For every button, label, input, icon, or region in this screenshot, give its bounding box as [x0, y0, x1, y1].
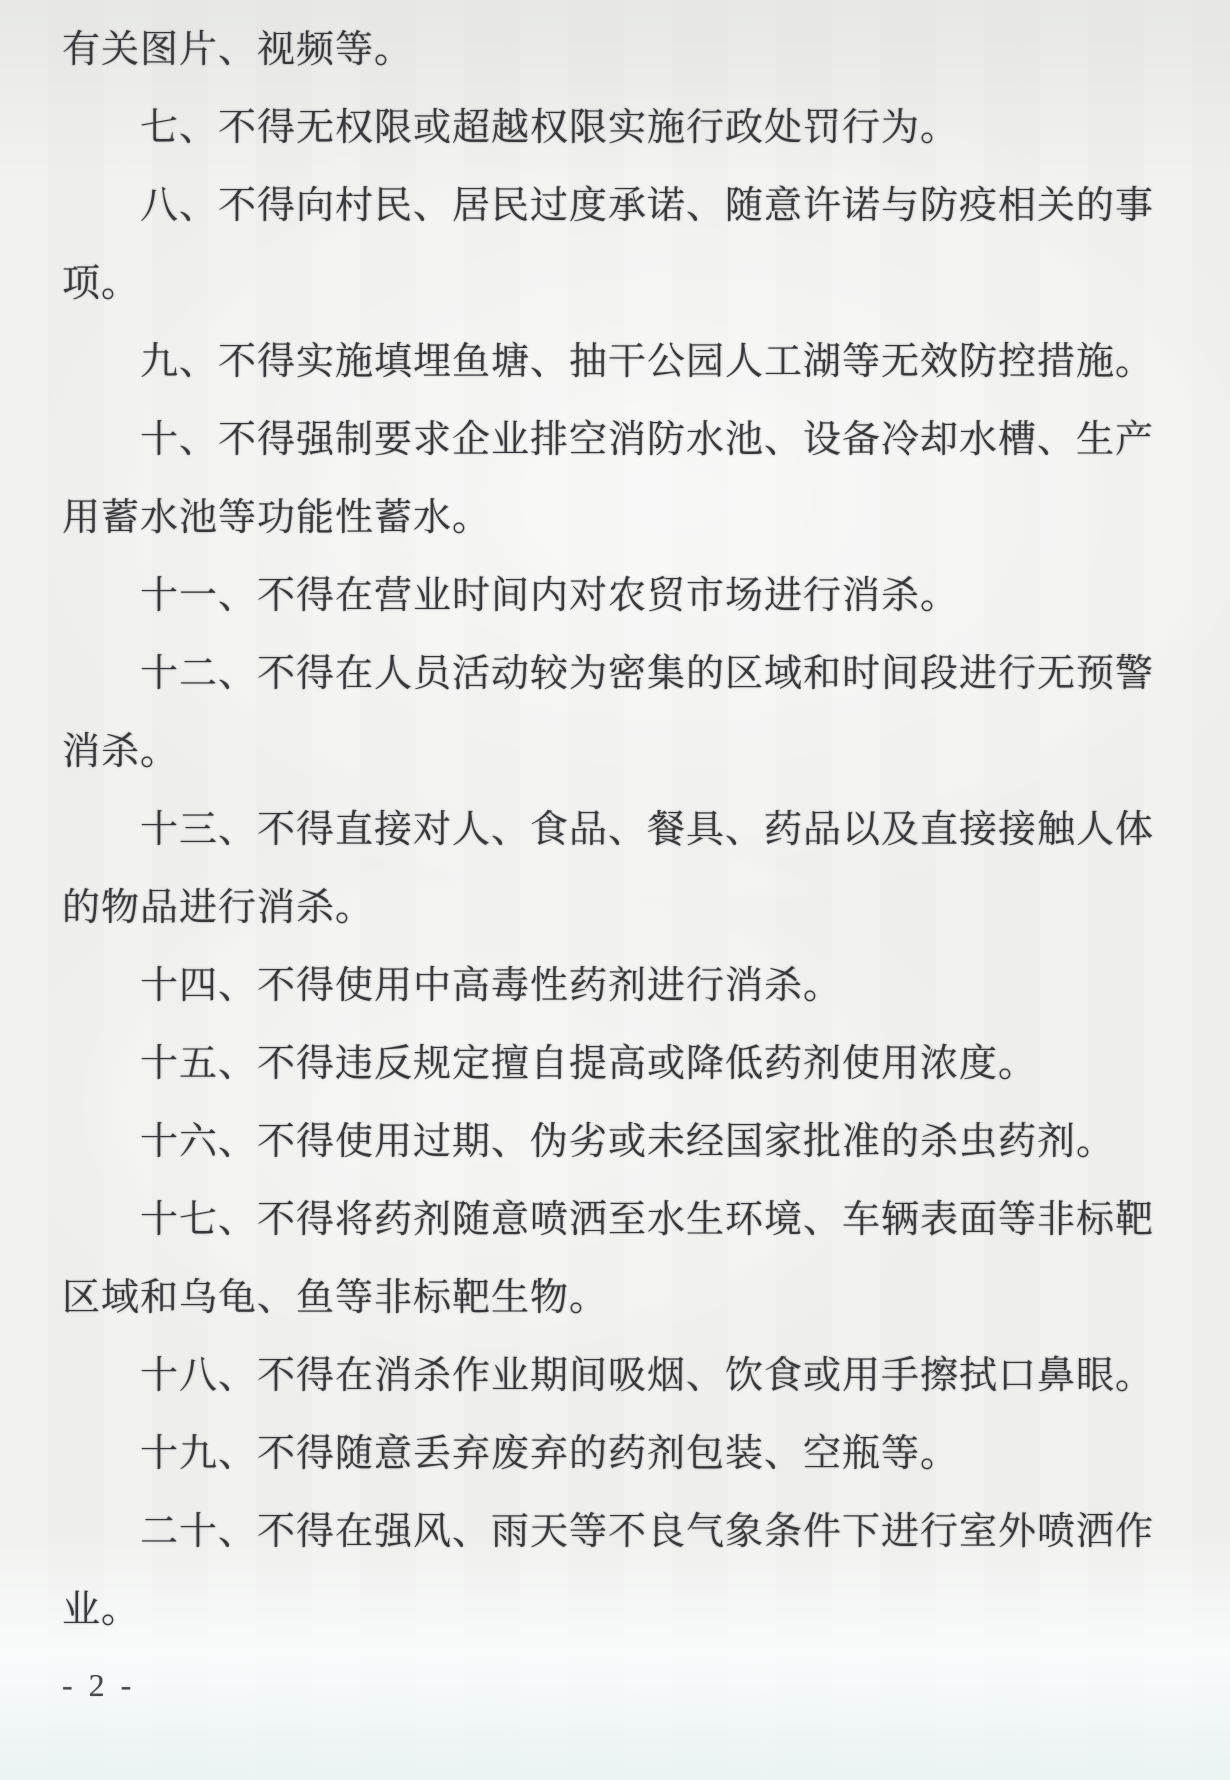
document-line: 十六、不得使用过期、伪劣或未经国家批准的杀虫药剂。	[62, 1103, 1140, 1181]
page-number: - 2 -	[62, 1663, 1140, 1707]
document-line: 十、不得强制要求企业排空消防水池、设备冷却水槽、生产	[62, 401, 1140, 479]
document-line: 二十、不得在强风、雨天等不良气象条件下进行室外喷洒作	[62, 1493, 1140, 1571]
document-line: 用蓄水池等功能性蓄水。	[62, 479, 1140, 557]
document-line: 消杀。	[62, 713, 1140, 791]
document-line: 十一、不得在营业时间内对农贸市场进行消杀。	[62, 557, 1140, 635]
document-line: 有关图片、视频等。	[62, 11, 1140, 89]
document-line: 十七、不得将药剂随意喷洒至水生环境、车辆表面等非标靶	[62, 1181, 1140, 1259]
document-line: 业。	[62, 1571, 1140, 1649]
document-line: 区域和乌龟、鱼等非标靶生物。	[62, 1259, 1140, 1337]
document-line: 十九、不得随意丢弃废弃的药剂包装、空瓶等。	[62, 1415, 1140, 1493]
document-text: 有关图片、视频等。 七、不得无权限或超越权限实施行政处罚行为。 八、不得向村民、…	[62, 11, 1140, 1649]
document-line: 十二、不得在人员活动较为密集的区域和时间段进行无预警	[62, 635, 1140, 713]
document-line: 十四、不得使用中高毒性药剂进行消杀。	[62, 947, 1140, 1025]
document-line: 十八、不得在消杀作业期间吸烟、饮食或用手擦拭口鼻眼。	[62, 1337, 1140, 1415]
document-line: 的物品进行消杀。	[62, 869, 1140, 947]
document-line: 八、不得向村民、居民过度承诺、随意许诺与防疫相关的事	[62, 167, 1140, 245]
document-line: 七、不得无权限或超越权限实施行政处罚行为。	[62, 89, 1140, 167]
document-line: 九、不得实施填埋鱼塘、抽干公园人工湖等无效防控措施。	[62, 323, 1140, 401]
document-line: 十五、不得违反规定擅自提高或降低药剂使用浓度。	[62, 1025, 1140, 1103]
document-page: 有关图片、视频等。 七、不得无权限或超越权限实施行政处罚行为。 八、不得向村民、…	[0, 0, 1230, 1780]
document-line: 项。	[62, 245, 1140, 323]
document-line: 十三、不得直接对人、食品、餐具、药品以及直接接触人体	[62, 791, 1140, 869]
